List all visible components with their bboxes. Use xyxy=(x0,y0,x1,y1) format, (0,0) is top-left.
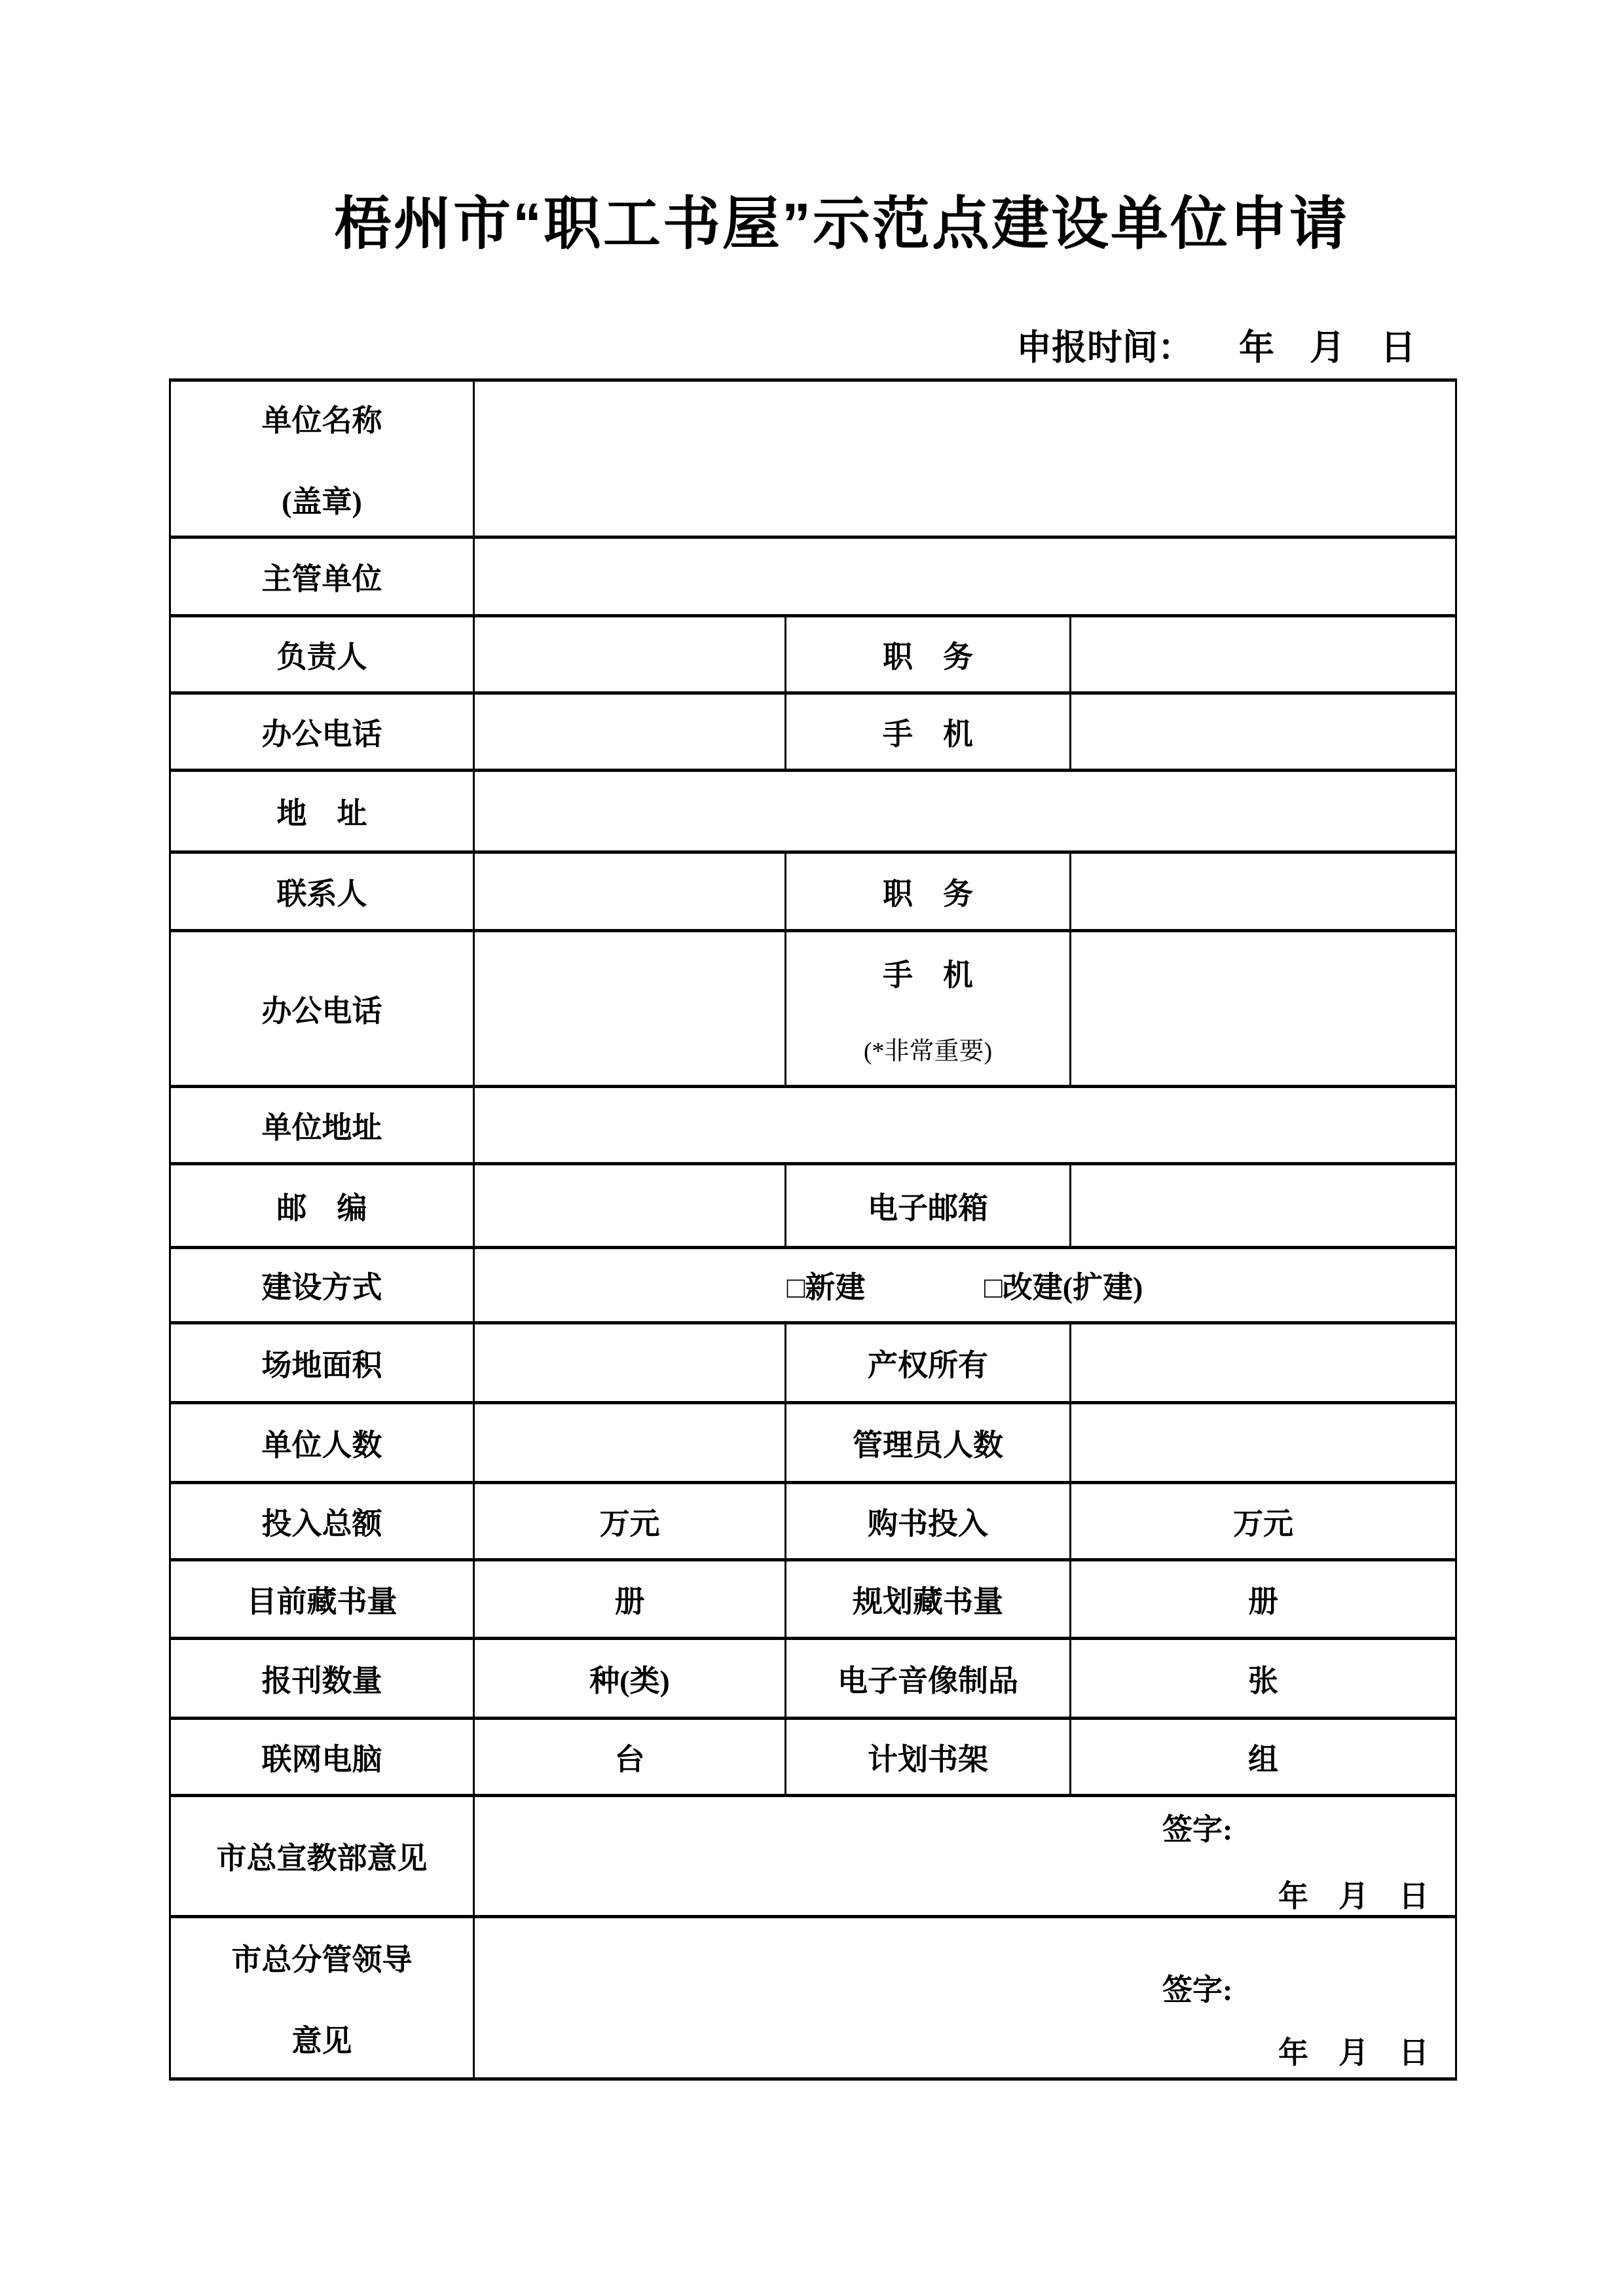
row-investment: 投入总额 万元 购书投入 万元 xyxy=(170,1483,1456,1560)
build-mode-options-cell: □新建 □改建(扩建) xyxy=(474,1248,1456,1323)
mobile-1-label: 手 机 xyxy=(786,693,1071,771)
leader-opinion-cell[interactable]: 签字: 年 月 日 xyxy=(474,1917,1456,2079)
form-page: 梧州市“职工书屋”示范点建设单位申请 申报时间：年月日 单位名称 (盖章) 主管… xyxy=(0,0,1624,2296)
current-collection-input-cell[interactable]: 册 xyxy=(474,1560,786,1639)
book-investment-input-cell[interactable]: 万元 xyxy=(1071,1483,1456,1560)
periodicals-label: 报刊数量 xyxy=(170,1639,474,1719)
office-phone-2-label: 办公电话 xyxy=(170,931,474,1087)
row-supervisor-unit: 主管单位 xyxy=(170,538,1456,616)
form-title: 梧州市“职工书屋”示范点建设单位申请 xyxy=(0,178,1624,261)
row-site-area: 场地面积 产权所有 xyxy=(170,1323,1456,1403)
unit-name-input-cell[interactable] xyxy=(474,380,1456,538)
row-principal: 负责人 职 务 xyxy=(170,616,1456,693)
unit-headcount-input-cell[interactable] xyxy=(474,1403,786,1483)
report-time: 申报时间：年月日 xyxy=(1016,319,1416,370)
row-address: 地 址 xyxy=(170,771,1456,852)
leader-opinion-label: 市总分管领导 意见 xyxy=(170,1917,474,2079)
dept-sign-date: 年 月 日 xyxy=(1278,1872,1429,1916)
row-office-phone-1: 办公电话 手 机 xyxy=(170,693,1456,771)
supervisor-unit-input-cell[interactable] xyxy=(474,538,1456,616)
supervisor-unit-label: 主管单位 xyxy=(170,538,474,616)
site-area-label: 场地面积 xyxy=(170,1323,474,1403)
unit-address-input-cell[interactable] xyxy=(474,1087,1456,1164)
postcode-label: 邮 编 xyxy=(170,1164,474,1248)
contact-duty-input-cell[interactable] xyxy=(1071,852,1456,931)
networked-computers-label: 联网电脑 xyxy=(170,1719,474,1796)
rebuild-checkbox[interactable]: □改建(扩建) xyxy=(984,1271,1143,1304)
mobile-2-label-cell: 手 机 (*非常重要) xyxy=(786,931,1071,1087)
principal-input-cell[interactable] xyxy=(474,616,786,693)
av-products-label: 电子音像制品 xyxy=(786,1639,1071,1719)
book-investment-label: 购书投入 xyxy=(786,1483,1071,1560)
dept-opinion-label: 市总宣教部意见 xyxy=(170,1796,474,1917)
current-collection-label: 目前藏书量 xyxy=(170,1560,474,1639)
row-postcode: 邮 编 电子邮箱 xyxy=(170,1164,1456,1248)
row-dept-opinion: 市总宣教部意见 签字: 年 月 日 xyxy=(170,1796,1456,1917)
new-build-checkbox[interactable]: □新建 xyxy=(787,1271,866,1304)
office-phone-1-label: 办公电话 xyxy=(170,693,474,771)
row-unit-address: 单位地址 xyxy=(170,1087,1456,1164)
contact-duty-label: 职 务 xyxy=(786,852,1071,931)
unit-address-label: 单位地址 xyxy=(170,1087,474,1164)
unit-name-label: 单位名称 (盖章) xyxy=(170,380,474,538)
mobile-2-input-cell[interactable] xyxy=(1071,931,1456,1087)
address-label: 地 址 xyxy=(170,771,474,852)
contact-label: 联系人 xyxy=(170,852,474,931)
principal-label: 负责人 xyxy=(170,616,474,693)
property-owner-input-cell[interactable] xyxy=(1071,1323,1456,1403)
report-time-day: 日 xyxy=(1380,328,1416,367)
total-investment-input-cell[interactable]: 万元 xyxy=(474,1483,786,1560)
dept-opinion-cell[interactable]: 签字: 年 月 日 xyxy=(474,1796,1456,1917)
planned-bookshelves-input-cell[interactable]: 组 xyxy=(1071,1719,1456,1796)
email-input-cell[interactable] xyxy=(1071,1164,1456,1248)
leader-sign-date: 年 月 日 xyxy=(1278,2029,1429,2072)
row-headcount: 单位人数 管理员人数 xyxy=(170,1403,1456,1483)
row-office-phone-2: 办公电话 手 机 (*非常重要) xyxy=(170,931,1456,1087)
planned-bookshelves-label: 计划书架 xyxy=(786,1719,1071,1796)
row-periodicals: 报刊数量 种(类) 电子音像制品 张 xyxy=(170,1639,1456,1719)
mobile-2-note: (*非常重要) xyxy=(864,1030,992,1066)
report-time-label: 申报时间： xyxy=(1016,328,1193,367)
row-build-mode: 建设方式 □新建 □改建(扩建) xyxy=(170,1248,1456,1323)
address-input-cell[interactable] xyxy=(474,771,1456,852)
site-area-input-cell[interactable] xyxy=(474,1323,786,1403)
periodicals-input-cell[interactable]: 种(类) xyxy=(474,1639,786,1719)
report-time-month: 月 xyxy=(1310,328,1345,367)
office-phone-1-input-cell[interactable] xyxy=(474,693,786,771)
admin-headcount-input-cell[interactable] xyxy=(1071,1403,1456,1483)
av-products-input-cell[interactable]: 张 xyxy=(1071,1639,1456,1719)
postcode-input-cell[interactable] xyxy=(474,1164,786,1248)
report-time-year: 年 xyxy=(1239,328,1274,367)
contact-input-cell[interactable] xyxy=(474,852,786,931)
unit-headcount-label: 单位人数 xyxy=(170,1403,474,1483)
principal-duty-input-cell[interactable] xyxy=(1071,616,1456,693)
dept-sign-label: 签字: xyxy=(1162,1806,1232,1849)
row-contact: 联系人 职 务 xyxy=(170,852,1456,931)
property-owner-label: 产权所有 xyxy=(786,1323,1071,1403)
row-computers: 联网电脑 台 计划书架 组 xyxy=(170,1719,1456,1796)
row-unit-name: 单位名称 (盖章) xyxy=(170,380,1456,538)
planned-collection-label: 规划藏书量 xyxy=(786,1560,1071,1639)
build-mode-label: 建设方式 xyxy=(170,1248,474,1323)
leader-sign-label: 签字: xyxy=(1162,1966,1232,2009)
planned-collection-input-cell[interactable]: 册 xyxy=(1071,1560,1456,1639)
row-leader-opinion: 市总分管领导 意见 签字: 年 月 日 xyxy=(170,1917,1456,2079)
row-collection: 目前藏书量 册 规划藏书量 册 xyxy=(170,1560,1456,1639)
admin-headcount-label: 管理员人数 xyxy=(786,1403,1071,1483)
email-label: 电子邮箱 xyxy=(786,1164,1071,1248)
mobile-2-label: 手 机 xyxy=(883,951,973,994)
mobile-1-input-cell[interactable] xyxy=(1071,693,1456,771)
application-table: 单位名称 (盖章) 主管单位 负责人 职 务 办公电话 手 机 地 址 xyxy=(169,378,1457,2081)
networked-computers-input-cell[interactable]: 台 xyxy=(474,1719,786,1796)
office-phone-2-input-cell[interactable] xyxy=(474,931,786,1087)
total-investment-label: 投入总额 xyxy=(170,1483,474,1560)
principal-duty-label: 职 务 xyxy=(786,616,1071,693)
